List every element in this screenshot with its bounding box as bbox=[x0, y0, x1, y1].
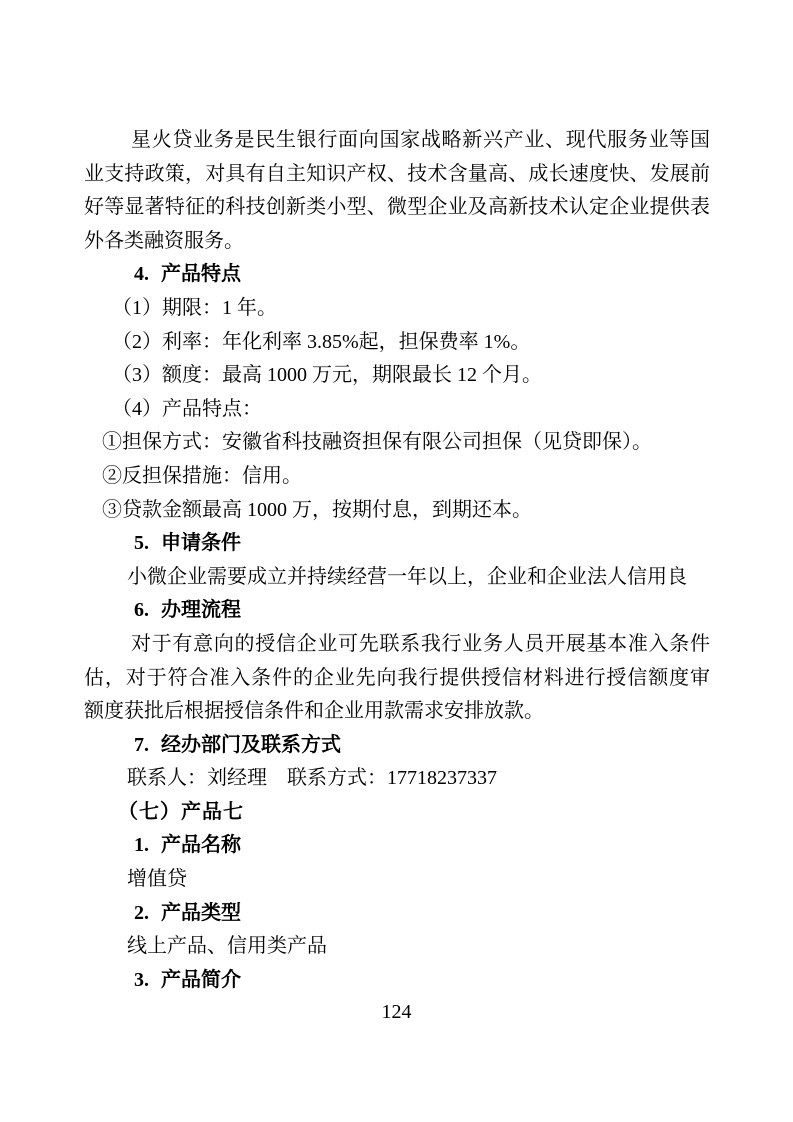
document-body: 星火贷业务是民生银行面向国家战略新兴产业、现代服务业等国家产 业支持政策，对具有… bbox=[84, 124, 710, 997]
feature-item-limit: （3）额度：最高 1000 万元，期限最长 12 个月。 bbox=[84, 359, 710, 393]
heading-contact-department: 7. 经办部门及联系方式 bbox=[84, 729, 710, 763]
document-page: 星火贷业务是民生银行面向国家战略新兴产业、现代服务业等国家产 业支持政策，对具有… bbox=[0, 0, 793, 1122]
heading-product-name: 1. 产品名称 bbox=[84, 829, 710, 863]
page-number: 124 bbox=[0, 1000, 793, 1024]
process-paragraph-line: 估，对于符合准入条件的企业先向我行提供授信材料进行授信额度审批， bbox=[84, 662, 710, 696]
heading-process: 6. 办理流程 bbox=[84, 594, 710, 628]
heading-product-type: 2. 产品类型 bbox=[84, 897, 710, 931]
process-paragraph-line: 对于有意向的授信企业可先联系我行业务人员开展基本准入条件评 bbox=[84, 628, 710, 662]
heading-product-features: 4. 产品特点 bbox=[84, 258, 710, 292]
intro-paragraph-line: 外各类融资服务。 bbox=[84, 225, 710, 259]
feature-item-rate: （2）利率：年化利率 3.85%起，担保费率 1%。 bbox=[84, 326, 710, 360]
intro-paragraph-line: 好等显著特征的科技创新类小型、微型企业及高新技术认定企业提供表内 bbox=[84, 191, 710, 225]
product-name-text: 增值贷 bbox=[84, 863, 710, 897]
section-heading-product-seven: （七）产品七 bbox=[84, 796, 710, 830]
intro-paragraph-line: 业支持政策，对具有自主知识产权、技术含量高、成长速度快、发展前景 bbox=[84, 158, 710, 192]
heading-application-conditions: 5. 申请条件 bbox=[84, 527, 710, 561]
feature-item-features: （4）产品特点： bbox=[84, 393, 710, 427]
heading-product-intro: 3. 产品简介 bbox=[84, 964, 710, 998]
application-conditions-text: 小微企业需要成立并持续经营一年以上，企业和企业法人信用良好。 bbox=[84, 561, 710, 595]
feature-subitem-guarantee: ①担保方式：安徽省科技融资担保有限公司担保（见贷即保）。 bbox=[84, 426, 710, 460]
product-type-text: 线上产品、信用类产品 bbox=[84, 930, 710, 964]
process-paragraph-line: 额度获批后根据授信条件和企业用款需求安排放款。 bbox=[84, 695, 710, 729]
intro-paragraph-line: 星火贷业务是民生银行面向国家战略新兴产业、现代服务业等国家产 bbox=[84, 124, 710, 158]
contact-info-text: 联系人：刘经理 联系方式：17718237337 bbox=[84, 762, 710, 796]
feature-subitem-counter-guarantee: ②反担保措施：信用。 bbox=[84, 460, 710, 494]
feature-item-term: （1）期限：1 年。 bbox=[84, 292, 710, 326]
feature-subitem-amount: ③贷款金额最高 1000 万，按期付息，到期还本。 bbox=[84, 494, 710, 528]
